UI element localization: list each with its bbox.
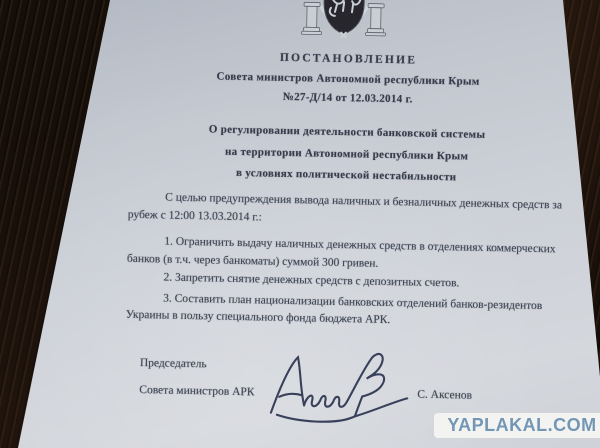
document-body: С целью предупреждения вывода наличных и… xyxy=(126,189,569,333)
document-content: ПОСТАНОВЛЕНИЕСовета министров Автономной… xyxy=(0,0,600,448)
signoff-position: ПредседательСовета министров АРК xyxy=(139,350,255,405)
yaplakal-watermark-text: YAPLAKAL.COM xyxy=(447,415,596,436)
photo-frame: ПОСТАНОВЛЕНИЕСовета министров Автономной… xyxy=(0,0,600,448)
decree-item-3: 3. Составить план национализации банковс… xyxy=(126,289,567,333)
document-title: О регулировании деятельности банковской … xyxy=(94,117,600,192)
yaplakal-watermark: YAPLAKAL.COM xyxy=(434,413,600,438)
signer-name: С. Аксенов xyxy=(417,389,472,402)
crimea-coat-of-arms-icon xyxy=(296,0,391,41)
signature-scribble xyxy=(267,347,421,434)
preamble-paragraph: С целью предупреждения вывода наличных и… xyxy=(128,189,569,233)
document-heading: ПОСТАНОВЛЕНИЕСовета министров Автономной… xyxy=(95,45,600,114)
